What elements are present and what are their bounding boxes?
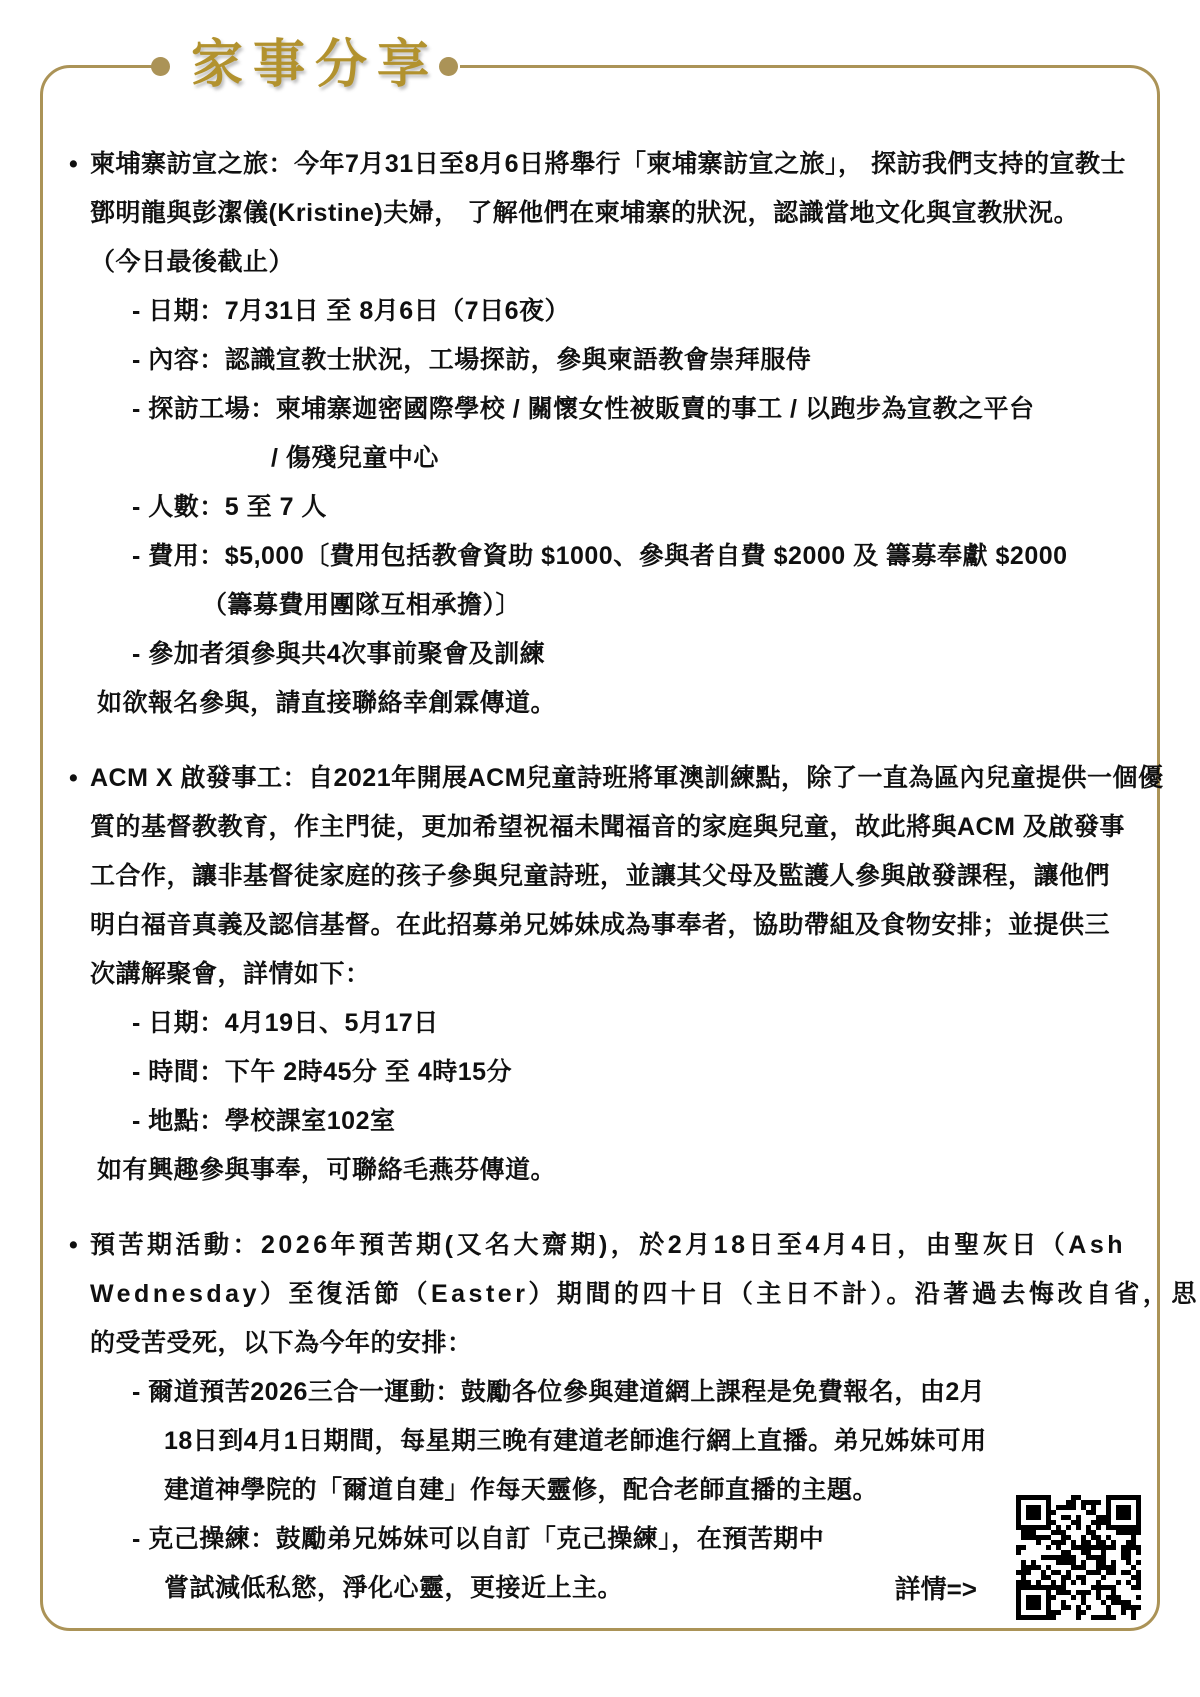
bullet-icon: •: [69, 754, 90, 803]
list-item-continuation: 嘗試減低私慾，淨化心靈，更接近上主。: [164, 1564, 1129, 1613]
section-lead-line: • 預苦期活動：2026年預苦期(又名大齋期)，於2月18日至4月4日，由聖灰日…: [69, 1221, 1129, 1270]
list-item: - 地點：學校課室102室: [132, 1097, 1129, 1146]
list-item: - 爾道預苦2026三合一運動：鼓勵各位參與建道網上課程是免費報名，由2月: [132, 1368, 1129, 1417]
list-item: - 探訪工場：柬埔寨迦密國際學校 / 關懷女性被販賣的事工 / 以跑步為宣教之平…: [132, 385, 1129, 434]
section-text: 的受苦受死，以下為今年的安排：: [90, 1319, 1129, 1368]
list-item-continuation: （籌募費用團隊互相承擔）〕: [202, 581, 1129, 630]
bullet-icon: •: [69, 140, 90, 189]
list-item: - 內容：認識宣教士狀況，工場探訪，參與柬語教會崇拜服侍: [132, 336, 1129, 385]
section-lead-line: • 柬埔寨訪宣之旅：今年7月31日至8月6日將舉行「柬埔寨訪宣之旅」， 探訪我們…: [69, 140, 1129, 189]
list-item: - 費用：$5,000〔費用包括教會資助 $1000、參與者自費 $2000 及…: [132, 532, 1129, 581]
section-text: ACM X 啟發事工：自2021年開展ACM兒童詩班將軍澳訓練點，除了一直為區內…: [90, 754, 1164, 803]
section-text: 質的基督教教育，作主門徒，更加希望祝福未聞福音的家庭與兒童，故此將與ACM 及啟…: [90, 803, 1129, 852]
section-text: Wednesday）至復活節（Easter）期間的四十日（主日不計）。沿著過去悔…: [90, 1270, 1129, 1319]
page-title: 家事分享: [185, 22, 445, 97]
section-text: 柬埔寨訪宣之旅：今年7月31日至8月6日將舉行「柬埔寨訪宣之旅」， 探訪我們支持…: [90, 140, 1126, 189]
section-text: 鄧明龍與彭潔儀(Kristine)夫婦， 了解他們在柬埔寨的狀況，認識當地文化與…: [90, 189, 1129, 238]
title-left-dot-icon: [151, 57, 170, 76]
section-cambodia-mission-trip: • 柬埔寨訪宣之旅：今年7月31日至8月6日將舉行「柬埔寨訪宣之旅」， 探訪我們…: [69, 140, 1129, 728]
section-lead-line: • ACM X 啟發事工：自2021年開展ACM兒童詩班將軍澳訓練點，除了一直為…: [69, 754, 1129, 803]
list-item: - 參加者須參與共4次事前聚會及訓練: [132, 630, 1129, 679]
qr-code: [1016, 1495, 1141, 1620]
section-text: （今日最後截止）: [90, 238, 1129, 287]
list-item: - 時間：下午 2時45分 至 4時15分: [132, 1048, 1129, 1097]
list-item: - 日期：4月19日、5月17日: [132, 999, 1129, 1048]
section-text: 預苦期活動：2026年預苦期(又名大齋期)，於2月18日至4月4日，由聖灰日（A…: [90, 1221, 1126, 1270]
bulletin-content: • 柬埔寨訪宣之旅：今年7月31日至8月6日將舉行「柬埔寨訪宣之旅」， 探訪我們…: [43, 68, 1157, 1613]
list-item: - 克己操練：鼓勵弟兄姊妹可以自訂「克己操練」，在預苦期中: [132, 1515, 1129, 1564]
list-item: - 人數：5 至 7 人: [132, 483, 1129, 532]
section-text: 次講解聚會，詳情如下：: [90, 950, 1129, 999]
section-text: 明白福音真義及認信基督。在此招募弟兄姊妹成為事奉者，協助帶組及食物安排；並提供三: [90, 901, 1129, 950]
list-item-continuation: 建道神學院的「爾道自建」作每天靈修，配合老師直播的主題。: [164, 1466, 1129, 1515]
section-acm-alpha-ministry: • ACM X 啟發事工：自2021年開展ACM兒童詩班將軍澳訓練點，除了一直為…: [69, 754, 1129, 1195]
contact-note: 如欲報名參與，請直接聯絡幸創霖傳道。: [97, 679, 1129, 728]
list-item-continuation: / 傷殘兒童中心: [271, 434, 1129, 483]
list-item: - 日期：7月31日 至 8月6日（7日6夜）: [132, 287, 1129, 336]
details-pointer-label: 詳情=>: [895, 1569, 977, 1606]
contact-note: 如有興趣參與事奉，可聯絡毛燕芬傳道。: [97, 1146, 1129, 1195]
list-item-continuation: 18日到4月1日期間，每星期三晚有建道老師進行網上直播。弟兄姊妹可用: [164, 1417, 1129, 1466]
section-lent-activities: • 預苦期活動：2026年預苦期(又名大齋期)，於2月18日至4月4日，由聖灰日…: [69, 1221, 1129, 1613]
bulletin-panel: 家事分享 • 柬埔寨訪宣之旅：今年7月31日至8月6日將舉行「柬埔寨訪宣之旅」，…: [40, 65, 1160, 1631]
section-text: 工合作，讓非基督徒家庭的孩子參與兒童詩班，並讓其父母及監護人參與啟發課程，讓他們: [90, 852, 1129, 901]
bullet-icon: •: [69, 1221, 90, 1270]
